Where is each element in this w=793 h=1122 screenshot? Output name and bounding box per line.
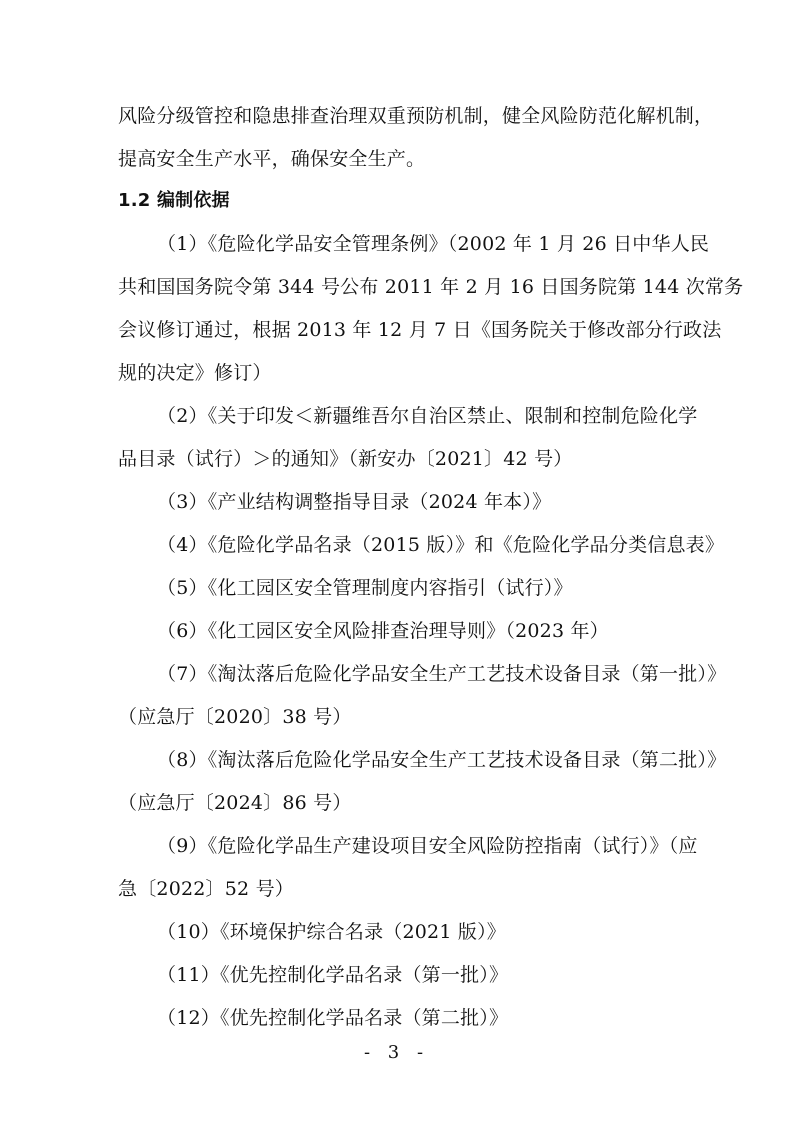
page-number: - 3 - [0, 1042, 793, 1063]
reference-item-6: （6）《化工园区安全风险排查治理导则》（2023 年） [157, 619, 683, 643]
reference-item-9-cont: 急〔2022〕52 号） [118, 877, 683, 901]
reference-item-5: （5）《化工园区安全管理制度内容指引（试行）》 [157, 576, 683, 600]
reference-item-9: （9）《危险化学品生产建设项目安全风险防控指南（试行）》（应 [157, 834, 683, 858]
reference-item-1-cont: 共和国国务院令第 344 号公布 2011 年 2 月 16 日国务院第 144… [118, 275, 683, 299]
reference-item-1-cont: 会议修订通过，根据 2013 年 12 月 7 日《国务院关于修改部分行政法 [118, 318, 683, 342]
reference-item-7: （7）《淘汰落后危险化学品安全生产工艺技术设备目录（第一批）》 [157, 662, 683, 686]
document-page: 风险分级管控和隐患排查治理双重预防机制，健全风险防范化解机制， 提高安全生产水平… [0, 0, 793, 1122]
reference-item-8: （8）《淘汰落后危险化学品安全生产工艺技术设备目录（第二批）》 [157, 748, 683, 772]
reference-item-8-cont: （应急厅〔2024〕86 号） [118, 791, 683, 815]
reference-item-1-cont: 规的决定》修订） [118, 361, 683, 385]
section-heading: 1.2 编制依据 [118, 189, 683, 213]
reference-item-11: （11）《优先控制化学品名录（第一批）》 [157, 963, 683, 987]
body-text-line: 提高安全生产水平，确保安全生产。 [118, 147, 683, 171]
reference-item-2-cont: 品目录（试行）＞的通知》（新安办〔2021〕42 号） [118, 447, 683, 471]
body-text-line: 风险分级管控和隐患排查治理双重预防机制，健全风险防范化解机制， [118, 104, 683, 128]
reference-item-2: （2）《关于印发＜新疆维吾尔自治区禁止、限制和控制危险化学 [157, 404, 683, 428]
reference-item-4: （4）《危险化学品名录（2015 版）》和《危险化学品分类信息表》 [157, 533, 683, 557]
reference-item-7-cont: （应急厅〔2020〕38 号） [118, 705, 683, 729]
reference-item-10: （10）《环境保护综合名录（2021 版）》 [157, 920, 683, 944]
reference-item-12: （12）《优先控制化学品名录（第二批）》 [157, 1006, 683, 1030]
reference-item-1: （1）《危险化学品安全管理条例》（2002 年 1 月 26 日中华人民 [157, 232, 683, 256]
reference-item-3: （3）《产业结构调整指导目录（2024 年本）》 [157, 490, 683, 514]
